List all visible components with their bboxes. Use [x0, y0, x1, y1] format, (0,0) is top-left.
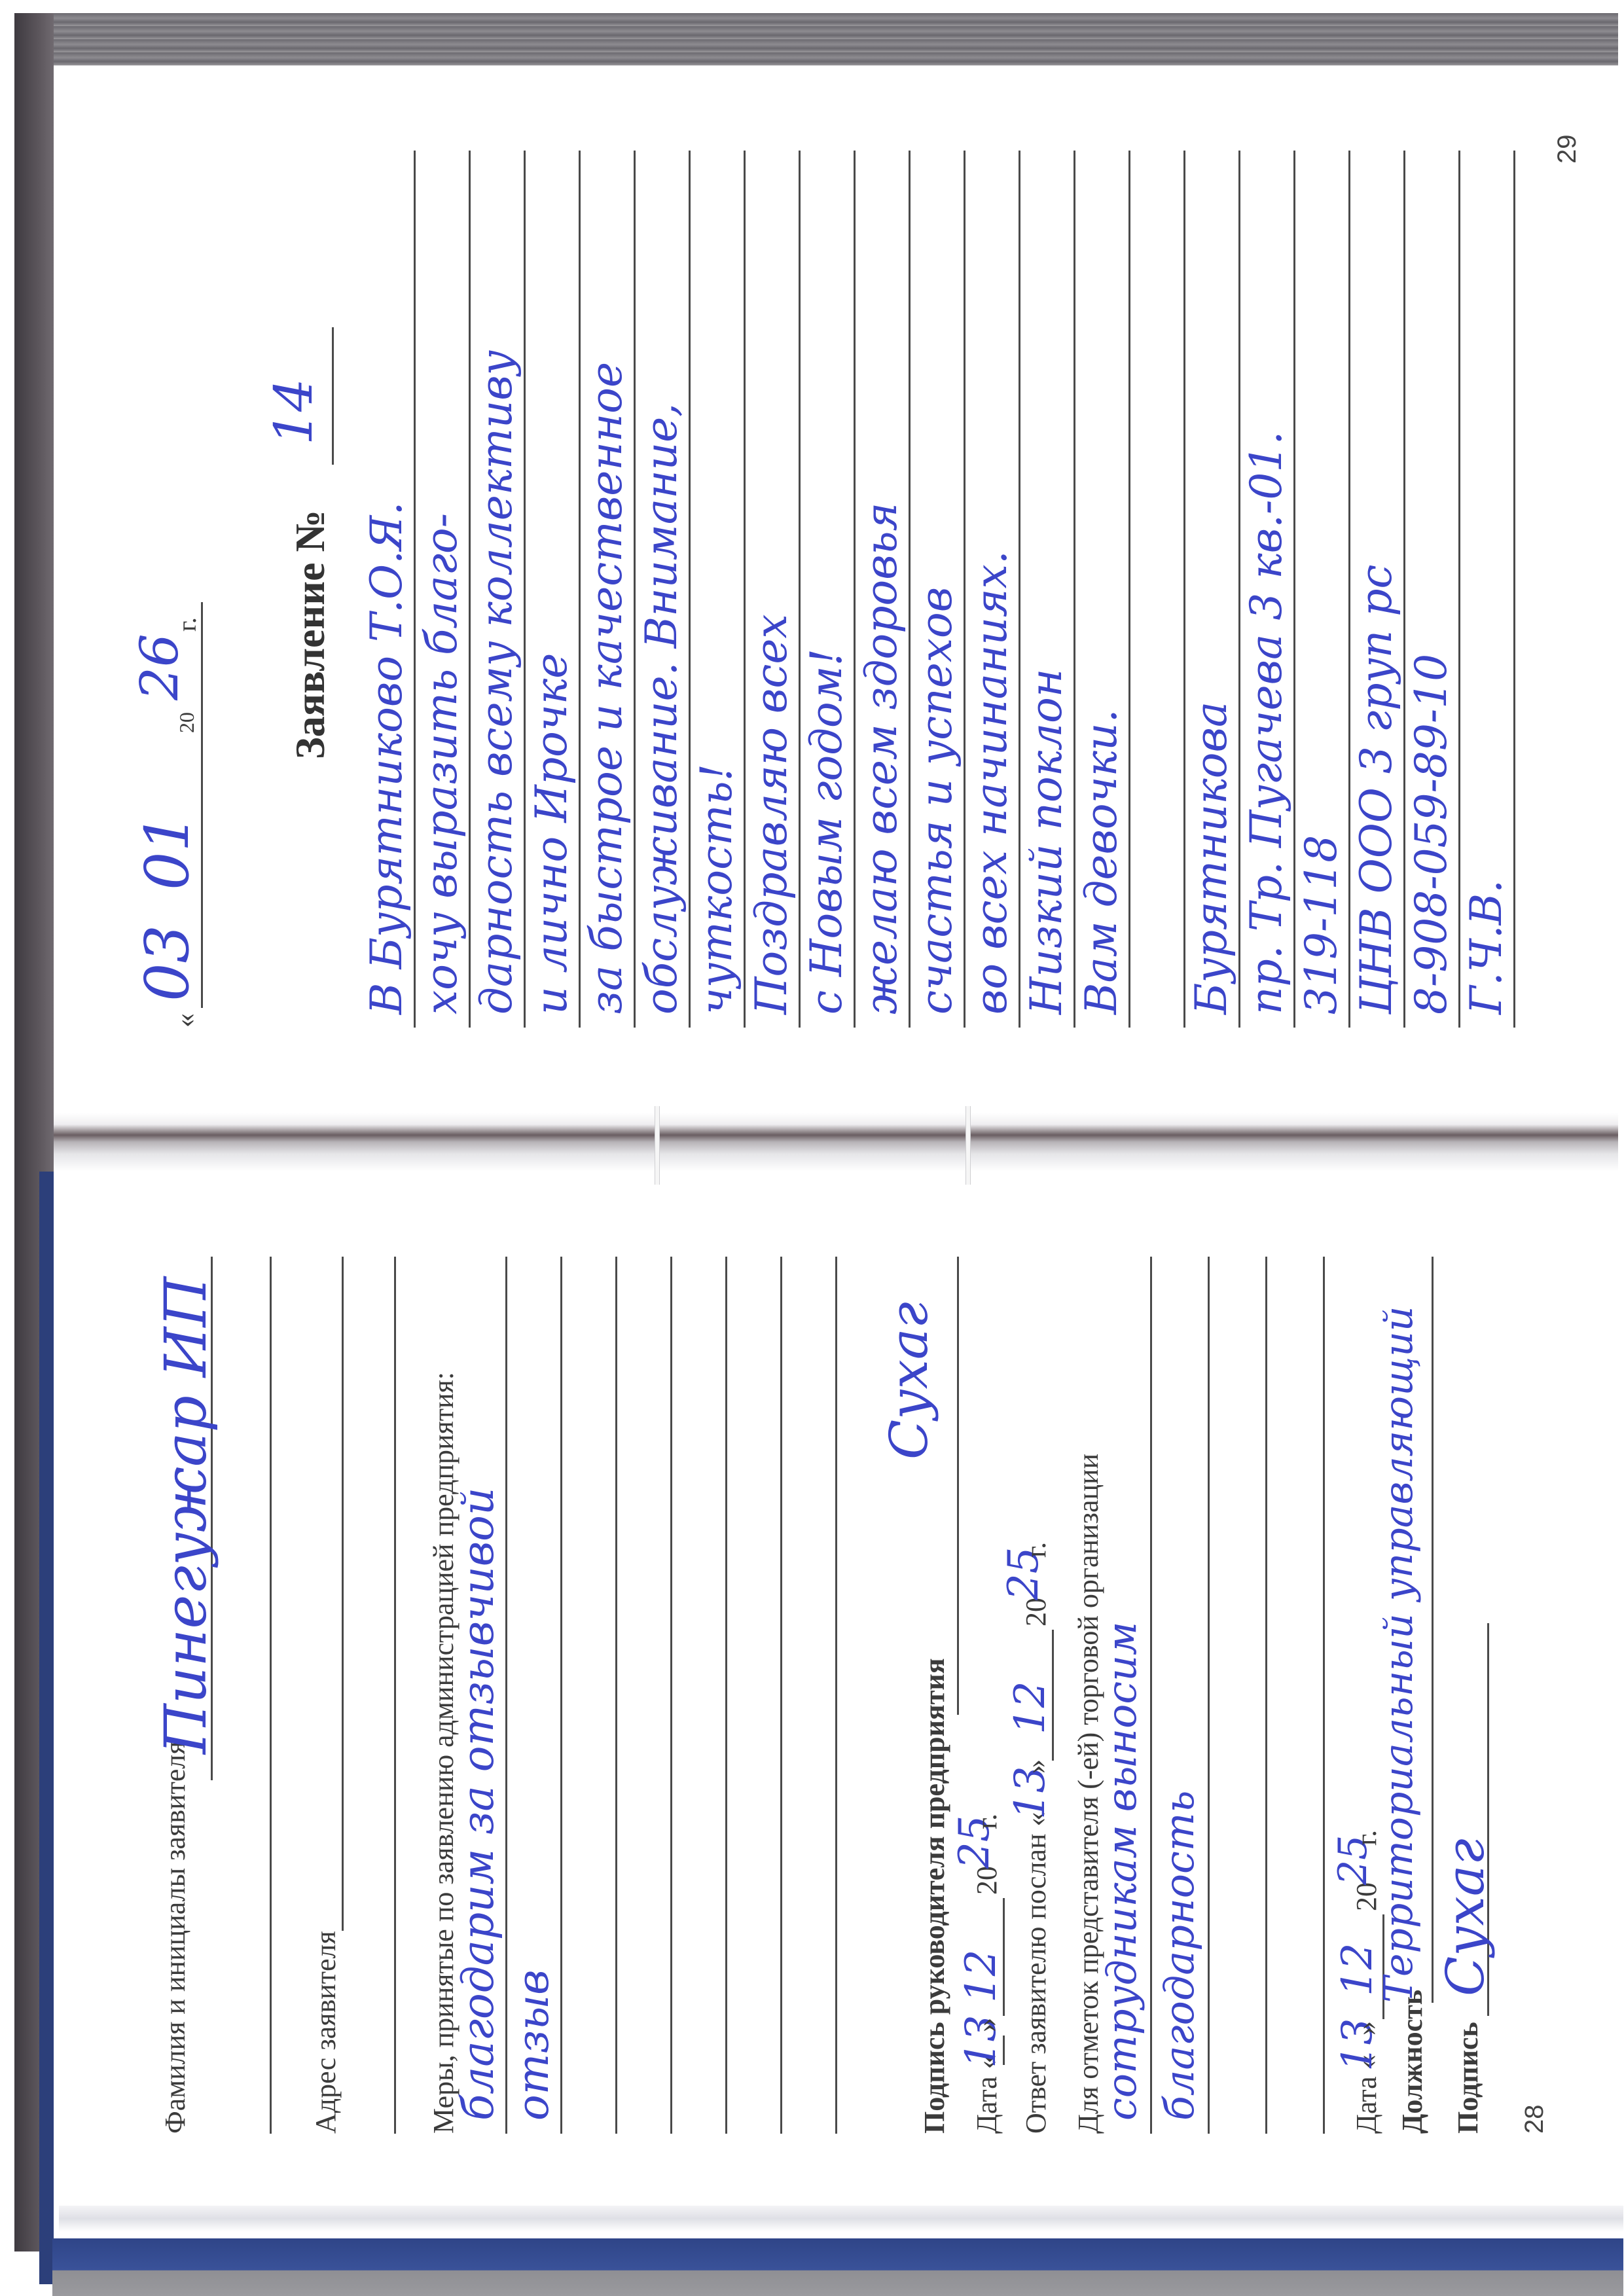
- reply-year-prefix: 20: [1019, 1598, 1053, 1626]
- statement-line: хочу выразить благо-: [416, 513, 467, 1014]
- statement-rule: [579, 151, 581, 1028]
- position-handwritten: Территориальный управляющий: [1376, 1306, 1422, 2003]
- statement-line: пр. Тр. Пугачева 3 кв.-01.: [1241, 431, 1291, 1014]
- manager-signature-handwritten: Сухаг: [878, 1302, 939, 1460]
- statement-rule: [964, 151, 965, 1028]
- reply-quote-close: »: [1019, 1759, 1053, 1774]
- manager-signature-rule: [957, 1257, 959, 1715]
- statement-line: Г.Ч.В.: [1461, 880, 1511, 1014]
- statement-number-handwritten: 14: [263, 378, 324, 445]
- statement-line: ЦНВ ООО 3 груп рс: [1351, 565, 1401, 1014]
- date-month-handwritten: 12: [957, 1950, 1005, 2003]
- signature-handwritten: Сухаг: [1435, 1839, 1496, 1996]
- rep-marks-rule: [1323, 1257, 1325, 2134]
- statement-rule: [524, 151, 526, 1028]
- applicant-address-label: Адрес заявителя: [309, 1931, 342, 2134]
- manager-signature-label: Подпись руководителя предприятия: [918, 1659, 951, 2134]
- statement-rule: [744, 151, 746, 1028]
- reply-year-suffix: г.: [1019, 1542, 1053, 1558]
- rep-marks-rule: [1265, 1257, 1267, 2134]
- rep-marks-rule: [1150, 1257, 1152, 2134]
- statement-line: во всех начинаниях.: [966, 550, 1017, 1014]
- statement-title: Заявление №: [286, 510, 334, 759]
- date-year-prefix: 20: [175, 712, 199, 733]
- applicant-address-rule: [342, 1257, 344, 1931]
- statement-rule: [909, 151, 911, 1028]
- reply-sent-label: Ответ заявителю послан «: [1019, 1812, 1053, 2134]
- statement-line: 319-118: [1296, 835, 1346, 1014]
- statement-rule: [1293, 151, 1295, 1028]
- page-number: 29: [1553, 135, 1582, 164]
- rep-date-month-handwritten: 12: [1333, 1943, 1382, 1996]
- rep-date-quote-close: »: [1350, 2021, 1383, 2036]
- statement-rule: [414, 151, 416, 1028]
- statement-rule: [854, 151, 856, 1028]
- reply-month-handwritten: 12: [1006, 1681, 1055, 1734]
- statement-rule: [1183, 151, 1185, 1028]
- rep-marks-line: сотрудникам выносим: [1098, 1622, 1146, 2121]
- statement-rule: [1513, 151, 1515, 1028]
- statement-line: счастья и успехов: [911, 587, 962, 1014]
- statement-rule: [1238, 151, 1240, 1028]
- page-number: 28: [1520, 2105, 1549, 2134]
- measures-rule: [615, 1257, 617, 2134]
- applicant-address-rule-2: [394, 1257, 396, 2134]
- statement-line: желаю всем здоровья: [856, 503, 907, 1014]
- position-rule: [1432, 1257, 1434, 2003]
- statement-line: Бурятникова: [1186, 702, 1236, 1014]
- statement-rule: [469, 151, 471, 1028]
- statement-line: 8-908-059-89-10: [1406, 654, 1456, 1014]
- rep-marks-rule: [1208, 1257, 1210, 2134]
- statement-line: чуткость!: [691, 764, 742, 1014]
- statement-line: с Новым годом!: [801, 649, 852, 1014]
- rep-marks-line: благодарность: [1155, 1791, 1203, 2121]
- date-month-handwritten: 01: [132, 814, 202, 890]
- statement-rule: [1019, 151, 1020, 1028]
- measures-line: отзыв: [508, 1970, 558, 2121]
- statement-rule: [634, 151, 636, 1028]
- statement-line: и лично Ирочке: [526, 653, 577, 1014]
- date-day-handwritten: 03: [132, 925, 202, 1001]
- book-page-edges-top: [14, 13, 1618, 65]
- measures-rule: [835, 1257, 837, 2134]
- right-page: « 03 01 20 26 г. Заявление № 14 В Бурятн…: [54, 65, 1606, 1113]
- measures-rule: [780, 1257, 782, 2134]
- statement-line: В Бурятниково Т.О.Я.: [361, 502, 412, 1014]
- measures-rule: [505, 1257, 507, 2134]
- reply-day-handwritten: 13: [1006, 1767, 1055, 1820]
- scanner-background: [0, 0, 14, 2296]
- date-year-suffix: г.: [970, 1814, 1003, 1829]
- date-quote-close: »: [970, 2018, 1003, 2032]
- measures-rule: [560, 1257, 562, 2134]
- statement-rule: [1403, 151, 1405, 1028]
- date-year-prefix: 20: [970, 1866, 1003, 1895]
- statement-rule: [689, 151, 691, 1028]
- applicant-name-label: Фамилия и инициалы заявителя: [158, 1741, 192, 2134]
- measures-rule: [725, 1257, 727, 2134]
- statement-line: Поздравляю всех: [746, 614, 797, 1014]
- date-year-handwritten: 26: [129, 634, 190, 700]
- book-cover-bottom: [52, 2238, 1623, 2296]
- statement-rule: [1074, 151, 1075, 1028]
- date-open-quote: «: [168, 1013, 202, 1028]
- left-page: Фамилия и инициалы заявителя Пинегужар И…: [54, 1172, 1606, 2212]
- statement-rule: [1458, 151, 1460, 1028]
- measures-rule: [670, 1257, 672, 2134]
- date-year-suffix: г.: [171, 617, 202, 632]
- statement-line: за быстрое и качественное: [581, 362, 632, 1014]
- statement-line: Низкий поклон: [1021, 669, 1072, 1014]
- book-cover-edge: [39, 1172, 54, 2284]
- statement-rule: [1128, 151, 1130, 1028]
- statement-number-rule: [332, 327, 334, 465]
- statement-rule: [799, 151, 801, 1028]
- statement-line: Вам девочки.: [1076, 709, 1127, 1014]
- measures-line: благодарим за отзывчивой: [453, 1488, 503, 2121]
- applicant-name-rule-2: [270, 1257, 272, 2134]
- applicant-name-handwritten: Пинегужар ИП: [152, 1277, 219, 1754]
- statement-line: дарность всему коллективу: [471, 350, 522, 1014]
- signature-label: Подпись: [1451, 2022, 1485, 2134]
- book-center-fold: [54, 1113, 1618, 1172]
- statement-rule: [1348, 151, 1350, 1028]
- statement-line: обслуживание. Внимание,: [636, 403, 687, 1014]
- position-label: Должность: [1396, 1990, 1429, 2134]
